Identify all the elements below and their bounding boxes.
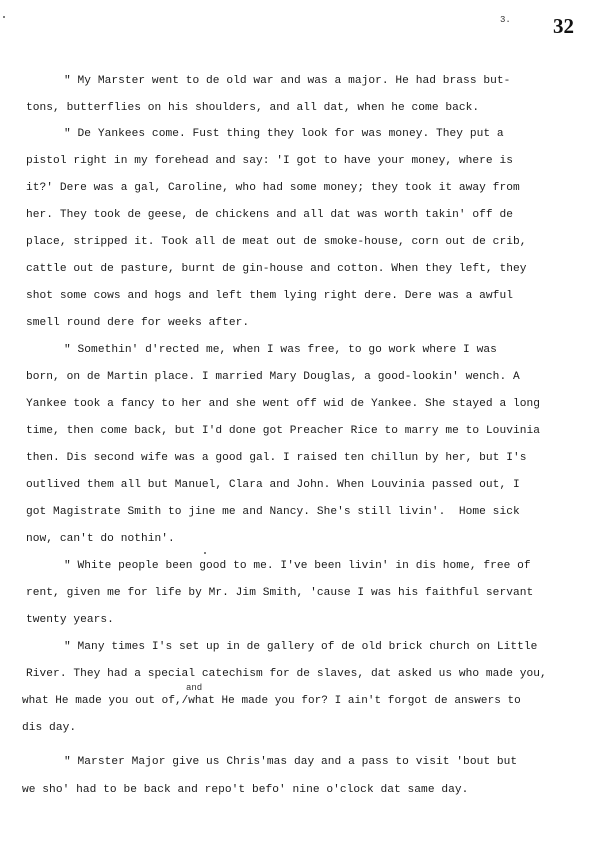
page-number: 32	[553, 14, 574, 39]
text-line: her. They took de geese, de chickens and…	[26, 208, 513, 222]
text-line: " De Yankees come. Fust thing they look …	[64, 127, 504, 141]
text-line: twenty years.	[26, 613, 114, 627]
text-line: we sho' had to be back and repo't befo' …	[22, 783, 468, 797]
text-line: got Magistrate Smith to jine me and Nanc…	[26, 505, 520, 519]
text-line: outlived them all but Manuel, Clara and …	[26, 478, 520, 492]
text-line: tons, butterflies on his shoulders, and …	[26, 101, 479, 115]
text-line: " White people been good to me. I've bee…	[64, 559, 531, 573]
text-line: it?' Dere was a gal, Caroline, who had s…	[26, 181, 520, 195]
text-line: " Somethin' d'rected me, when I was free…	[64, 343, 497, 357]
paper-speck	[204, 552, 206, 554]
typewritten-page: 3. 32 " My Marster went to de old war an…	[0, 0, 600, 863]
text-line: cattle out de pasture, burnt de gin-hous…	[26, 262, 527, 276]
page-label: 3.	[500, 15, 511, 25]
text-line: born, on de Martin place. I married Mary…	[26, 370, 520, 384]
text-line: River. They had a special catechism for …	[26, 667, 547, 681]
text-line: time, then come back, but I'd done got P…	[26, 424, 540, 438]
text-line: pistol right in my forehead and say: 'I …	[26, 154, 513, 168]
text-line: smell round dere for weeks after.	[26, 316, 249, 330]
text-line: " Marster Major give us Chris'mas day an…	[64, 755, 517, 769]
text-line: place, stripped it. Took all de meat out…	[26, 235, 527, 249]
text-line: " Many times I's set up in de gallery of…	[64, 640, 537, 654]
text-line: now, can't do nothin'.	[26, 532, 175, 546]
paper-speck	[3, 16, 5, 18]
text-line: what He made you out of,/what He made yo…	[22, 694, 521, 708]
text-line: then. Dis second wife was a good gal. I …	[26, 451, 527, 465]
text-line: rent, given me for life by Mr. Jim Smith…	[26, 586, 533, 600]
text-line: shot some cows and hogs and left them ly…	[26, 289, 513, 303]
text-line: Yankee took a fancy to her and she went …	[26, 397, 540, 411]
text-line: " My Marster went to de old war and was …	[64, 74, 510, 88]
text-line: dis day.	[22, 721, 76, 735]
handwritten-insertion: and	[186, 683, 202, 693]
